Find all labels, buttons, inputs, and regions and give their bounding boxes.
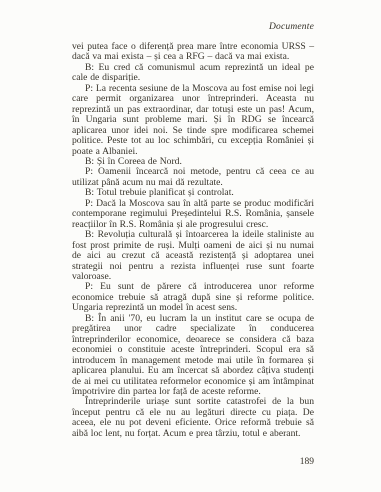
body-paragraph: Întreprinderile uriașe sunt sortite cata… [72,397,314,439]
body-paragraph: B: Eu cred că comunismul acum reprezintă… [72,63,314,84]
body-paragraph: P: Dacă la Moscova sau în altă parte se … [72,199,314,230]
body-paragraph: B: În anii '70, eu lucram la un institut… [72,314,314,398]
body-paragraph: P: La recenta sesiune de la Moscova au f… [72,84,314,157]
body-paragraph: P: Eu sunt de părere că introducerea uno… [72,282,314,313]
body-text: vei putea face o diferență prea mare înt… [72,42,314,439]
book-page: Documente vei putea face o diferență pre… [0,0,381,492]
body-paragraph: B: Revoluția culturală și întoarcerea la… [72,230,314,282]
body-paragraph: vei putea face o diferență prea mare înt… [72,42,314,63]
body-paragraph: P: Oamenii încearcă noi metode, pentru c… [72,167,314,188]
page-number: 189 [72,457,314,468]
running-head: Documente [72,22,314,33]
